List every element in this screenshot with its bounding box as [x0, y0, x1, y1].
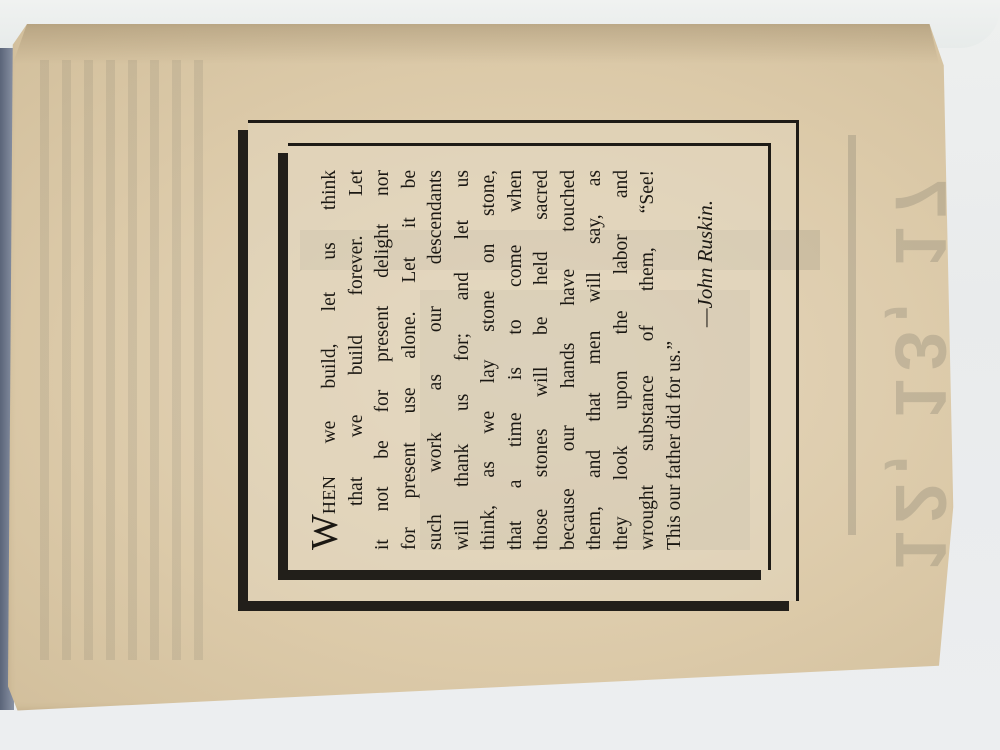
quote-line-3: it not be for present delight nor	[370, 170, 397, 550]
quote-line-11: them, and that men will say, as	[582, 170, 609, 550]
ruskin-quote: WHEN we build, let us think that we buil…	[300, 160, 760, 560]
bleed-through-large-date: 12, 13, 17	[879, 171, 961, 571]
quote-line-1: WHEN we build, let us think	[310, 170, 344, 550]
quote-line-4: for present use alone. Let it be	[397, 170, 424, 550]
drop-cap: W	[304, 514, 346, 550]
quote-text-block: WHEN we build, let us think that we buil…	[310, 170, 750, 550]
quote-attribution: —John Ruskin.	[692, 170, 719, 550]
quote-line-8: that a time is to come when	[503, 170, 530, 550]
quote-line-2: that we build forever. Let	[344, 170, 371, 550]
quote-line-10: because our hands have touched	[556, 170, 583, 550]
page-shadow	[8, 24, 958, 64]
quote-line-text: we build, let us think	[319, 170, 340, 476]
quote-line-13: wrought substance of them, “See!	[635, 170, 662, 550]
quote-line-9: those stones will be held sacred	[529, 170, 556, 550]
quote-line-6: will thank us for; and let us	[450, 170, 477, 550]
quote-line-12: they look upon the labor and	[609, 170, 636, 550]
quote-line-14: This our father did for us.”	[662, 170, 689, 550]
bleed-through-text-columns	[40, 60, 210, 660]
first-word-smallcaps: HEN	[319, 476, 339, 515]
bleed-through-rule	[848, 135, 856, 535]
quote-line-7: think, as we lay stone on stone,	[476, 170, 503, 550]
quote-line-5: such work as our descendants	[423, 170, 450, 550]
